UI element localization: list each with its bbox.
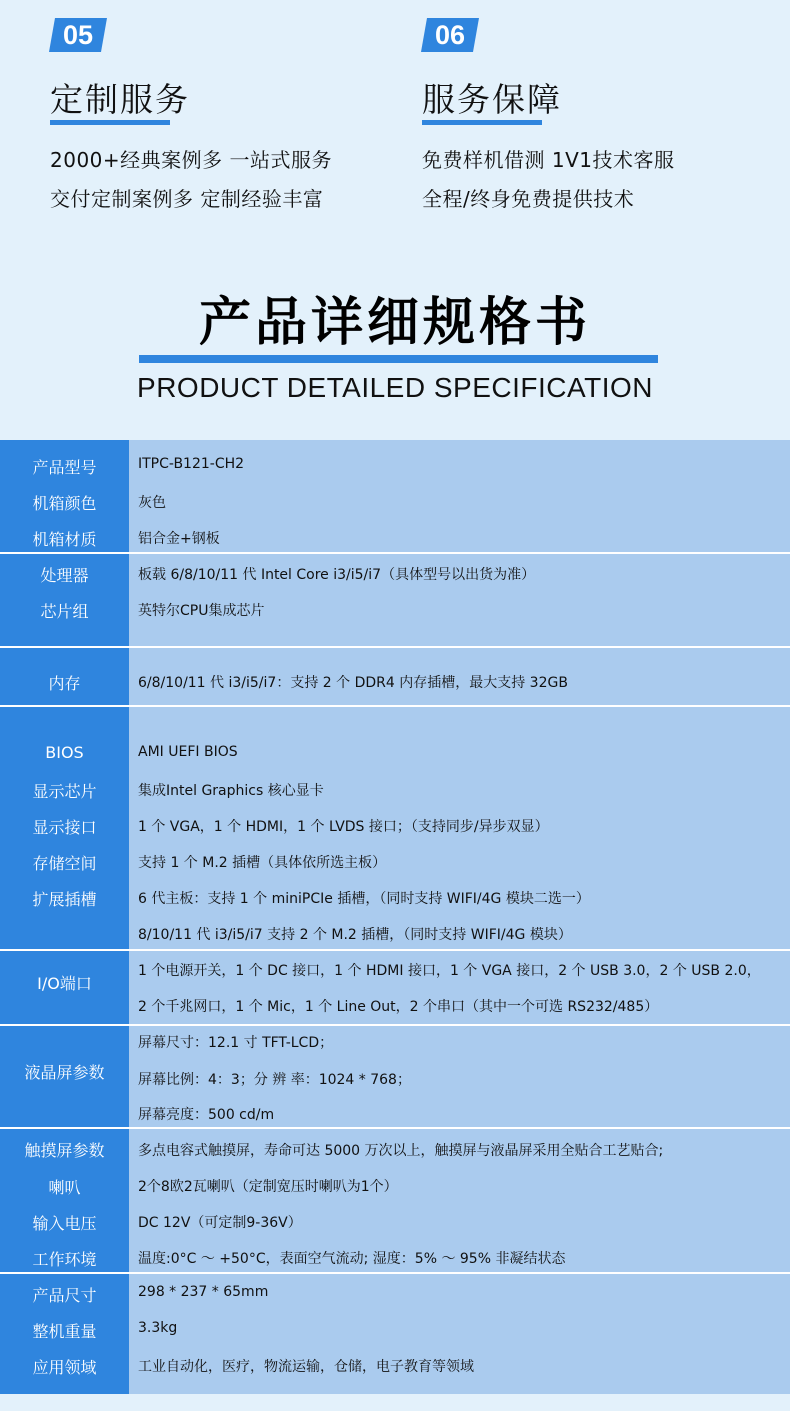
spec-table: 产品型号 ITPC-B121-CH2 机箱颜色 灰色 机箱材质 铝合金+钢板 处… (0, 440, 790, 1394)
feature-line: 交付定制案例多 定制经验丰富 (50, 183, 323, 212)
spec-label: 输入电压 (0, 1211, 129, 1234)
spec-value: AMI UEFI BIOS (138, 744, 238, 760)
spec-value: 屏幕尺寸：12.1 寸 TFT-LCD； (138, 1032, 333, 1052)
group-divider (0, 1024, 790, 1026)
spec-label: 内存 (0, 671, 129, 694)
spec-label: 产品型号 (0, 455, 129, 478)
spec-label: 喇叭 (0, 1175, 129, 1198)
number-badge: 05 (49, 18, 107, 52)
feature-line: 全程/终身免费提供技术 (422, 183, 634, 212)
spec-label: 液晶屏参数 (0, 1060, 129, 1083)
title-underline (422, 120, 542, 125)
spec-value: 铝合金+钢板 (138, 528, 220, 548)
spec-title: 产品详细规格书 (0, 280, 790, 355)
spec-label: 产品尺寸 (0, 1283, 129, 1306)
spec-value: 2个8欧2瓦喇叭（定制宽压时喇叭为1个） (138, 1176, 398, 1196)
spec-label: 工作环境 (0, 1247, 129, 1270)
spec-subtitle: PRODUCT DETAILED SPECIFICATION (0, 372, 790, 404)
spec-value: 1 个电源开关，1 个 DC 接口，1 个 HDMI 接口，1 个 VGA 接口… (138, 960, 761, 980)
spec-value: 板载 6/8/10/11 代 Intel Core i3/i5/i7（具体型号以… (138, 564, 535, 584)
spec-label: 显示接口 (0, 815, 129, 838)
spec-value: ITPC-B121-CH2 (138, 456, 244, 472)
spec-value: 8/10/11 代 i3/i5/i7 支持 2 个 M.2 插槽，（同时支持 W… (138, 924, 572, 944)
spec-label: 机箱材质 (0, 527, 129, 550)
group-divider (0, 552, 790, 554)
spec-label: 芯片组 (0, 599, 129, 622)
spec-label: 触摸屏参数 (0, 1138, 129, 1161)
spec-label: 整机重量 (0, 1319, 129, 1342)
spec-value: 1 个 VGA，1 个 HDMI，1 个 LVDS 接口；（支持同步/异步双显） (138, 816, 549, 836)
group-divider (0, 705, 790, 707)
spec-title-bar (139, 355, 658, 363)
spec-value: 屏幕比例：4：3；分 辨 率：1024 * 768； (138, 1069, 411, 1089)
spec-label: I/O端口 (0, 971, 129, 994)
group-divider (0, 949, 790, 951)
group-divider (0, 1127, 790, 1129)
spec-value: 工业自动化，医疗，物流运输，仓储，电子教育等领域 (138, 1356, 474, 1376)
spec-value: 温度:0°C ～ +50°C，表面空气流动; 湿度：5% ～ 95% 非凝结状态 (138, 1248, 565, 1268)
spec-value: 多点电容式触摸屏，寿命可达 5000 万次以上，触摸屏与液晶屏采用全贴合工艺贴合… (138, 1140, 663, 1160)
spec-value: 3.3kg (138, 1320, 177, 1336)
spec-value: 灰色 (138, 492, 166, 512)
spec-label: BIOS (0, 743, 129, 762)
spec-label: 机箱颜色 (0, 491, 129, 514)
spec-label: 应用领域 (0, 1355, 129, 1378)
spec-value: 英特尔CPU集成芯片 (138, 600, 264, 620)
spec-value: DC 12V（可定制9-36V） (138, 1212, 302, 1232)
spec-label: 存储空间 (0, 851, 129, 874)
spec-value: 6/8/10/11 代 i3/i5/i7：支持 2 个 DDR4 内存插槽，最大… (138, 672, 568, 692)
spec-value: 298 * 237 * 65mm (138, 1284, 268, 1300)
number-badge: 06 (421, 18, 479, 52)
spec-value: 支持 1 个 M.2 插槽（具体依所选主板） (138, 852, 386, 872)
group-divider (0, 646, 790, 648)
spec-label: 扩展插槽 (0, 887, 129, 910)
feature-title: 服务保障 (422, 74, 562, 121)
feature-line: 2000+经典案例多 一站式服务 (50, 144, 332, 173)
spec-value: 屏幕亮度：500 cd/m (138, 1104, 274, 1124)
spec-label: 处理器 (0, 563, 129, 586)
spec-value: 集成Intel Graphics 核心显卡 (138, 780, 324, 800)
title-underline (50, 120, 170, 125)
group-divider (0, 1272, 790, 1274)
spec-value: 2 个千兆网口，1 个 Mic，1 个 Line Out，2 个串口（其中一个可… (138, 996, 658, 1016)
spec-label: 显示芯片 (0, 779, 129, 802)
spec-value: 6 代主板：支持 1 个 miniPCIe 插槽，（同时支持 WIFI/4G 模… (138, 888, 590, 908)
feature-title: 定制服务 (50, 74, 190, 121)
feature-line: 免费样机借测 1V1技术客服 (422, 144, 675, 173)
